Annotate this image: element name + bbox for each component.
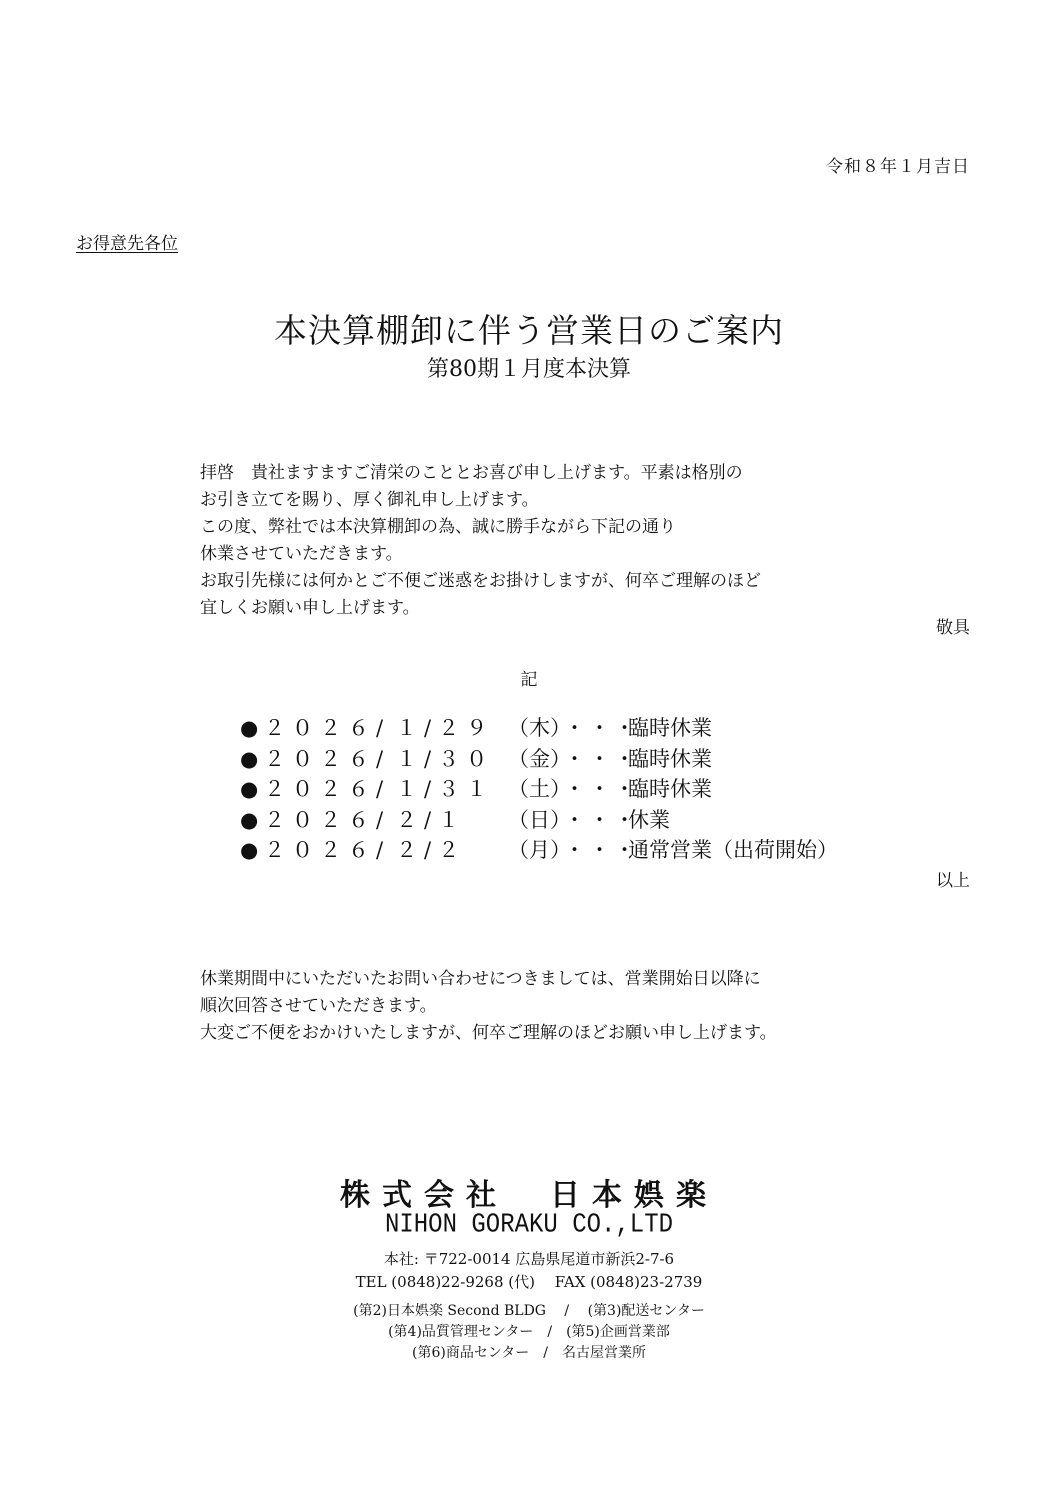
bullet-icon: ●	[240, 774, 264, 805]
greeting-line: 拝啓 貴社ますますご清栄のこととお喜び申し上げます。平素は格別の	[200, 460, 761, 487]
schedule-weekday: （金）	[508, 744, 564, 775]
company-address: 本社: 〒722-0014 広島県尾道市新浜2-7-6	[0, 1248, 1058, 1271]
document-date: 令和８年１月吉日	[826, 152, 970, 177]
schedule-list: ● ２０２６/ １/２９ （木） ・・・ 臨時休業 ● ２０２６/ １/３０ （…	[240, 713, 838, 866]
company-name-en: NIHON GORAKU CO.,LTD	[0, 1211, 1058, 1241]
bullet-icon: ●	[240, 835, 264, 866]
company-name-jp: 株式会社 日本娯楽	[0, 1170, 1058, 1214]
greeting-line: 休業させていただきます。	[200, 541, 761, 568]
branch-line: (第6)商品センター / 名古屋営業所	[0, 1343, 1058, 1364]
schedule-year: ２０２６/	[264, 835, 396, 866]
schedule-item: ● ２０２６/ ２/２ （月） ・・・ 通常営業（出荷開始）	[240, 835, 838, 866]
greeting-line: お取引先様には何かとご不便ご迷惑をお掛けしますが、何卒ご理解のほど	[200, 568, 761, 595]
closing-keigu: 敬具	[936, 613, 970, 638]
schedule-date: １/２９	[396, 713, 508, 744]
schedule-year: ２０２６/	[264, 744, 396, 775]
schedule-item: ● ２０２６/ ２/１ （日） ・・・ 休業	[240, 805, 838, 836]
greeting-line: お引き立てを賜り、厚く御礼申し上げます。	[200, 487, 761, 514]
closing-ijou: 以上	[936, 866, 970, 891]
schedule-weekday: （月）	[508, 835, 564, 866]
schedule-dots: ・・・	[564, 774, 628, 805]
greeting-line: 宜しくお願い申し上げます。	[200, 595, 761, 622]
recipient-line: お得意先各位	[76, 229, 178, 254]
schedule-status: 休業	[628, 805, 670, 836]
schedule-status: 臨時休業	[628, 774, 712, 805]
schedule-item: ● ２０２６/ １/２９ （木） ・・・ 臨時休業	[240, 713, 838, 744]
schedule-weekday: （木）	[508, 713, 564, 744]
bullet-icon: ●	[240, 744, 264, 775]
schedule-dots: ・・・	[564, 835, 628, 866]
bullet-icon: ●	[240, 805, 264, 836]
company-address-block: 本社: 〒722-0014 広島県尾道市新浜2-7-6 TEL (0848)22…	[0, 1248, 1058, 1294]
schedule-year: ２０２６/	[264, 805, 396, 836]
company-contact: TEL (0848)22-9268 (代) FAX (0848)23-2739	[0, 1271, 1058, 1294]
greeting-line: この度、弊社では本決算棚卸の為、誠に勝手ながら下記の通り	[200, 514, 761, 541]
schedule-item: ● ２０２６/ １/３１ （土） ・・・ 臨時休業	[240, 774, 838, 805]
branch-line: (第2)日本娯楽 Second BLDG / (第3)配送センター	[0, 1301, 1058, 1322]
schedule-date: １/３１	[396, 774, 508, 805]
ki-heading: 記	[0, 665, 1058, 690]
bullet-icon: ●	[240, 713, 264, 744]
document-subtitle: 第80期１月度本決算	[0, 352, 1058, 383]
branch-line: (第4)品質管理センター / (第5)企画営業部	[0, 1322, 1058, 1343]
schedule-item: ● ２０２６/ １/３０ （金） ・・・ 臨時休業	[240, 744, 838, 775]
notice-line: 休業期間中にいただいたお問い合わせにつきましては、営業開始日以降に	[200, 966, 777, 993]
notice-line: 順次回答させていただきます。	[200, 993, 777, 1020]
notice-line: 大変ご不便をおかけいたしますが、何卒ご理解のほどお願い申し上げます。	[200, 1020, 777, 1047]
notice-paragraph: 休業期間中にいただいたお問い合わせにつきましては、営業開始日以降に 順次回答させ…	[200, 966, 777, 1047]
schedule-weekday: （土）	[508, 774, 564, 805]
schedule-status: 通常営業（出荷開始）	[628, 835, 838, 866]
branch-list: (第2)日本娯楽 Second BLDG / (第3)配送センター (第4)品質…	[0, 1301, 1058, 1364]
schedule-status: 臨時休業	[628, 744, 712, 775]
schedule-year: ２０２６/	[264, 713, 396, 744]
schedule-dots: ・・・	[564, 744, 628, 775]
schedule-date: ２/２	[396, 835, 508, 866]
schedule-date: ２/１	[396, 805, 508, 836]
schedule-year: ２０２６/	[264, 774, 396, 805]
schedule-dots: ・・・	[564, 805, 628, 836]
greeting-paragraph: 拝啓 貴社ますますご清栄のこととお喜び申し上げます。平素は格別の お引き立てを賜…	[200, 460, 761, 622]
schedule-status: 臨時休業	[628, 713, 712, 744]
document-title: 本決算棚卸に伴う営業日のご案内	[0, 305, 1058, 352]
schedule-date: １/３０	[396, 744, 508, 775]
schedule-weekday: （日）	[508, 805, 564, 836]
schedule-dots: ・・・	[564, 713, 628, 744]
